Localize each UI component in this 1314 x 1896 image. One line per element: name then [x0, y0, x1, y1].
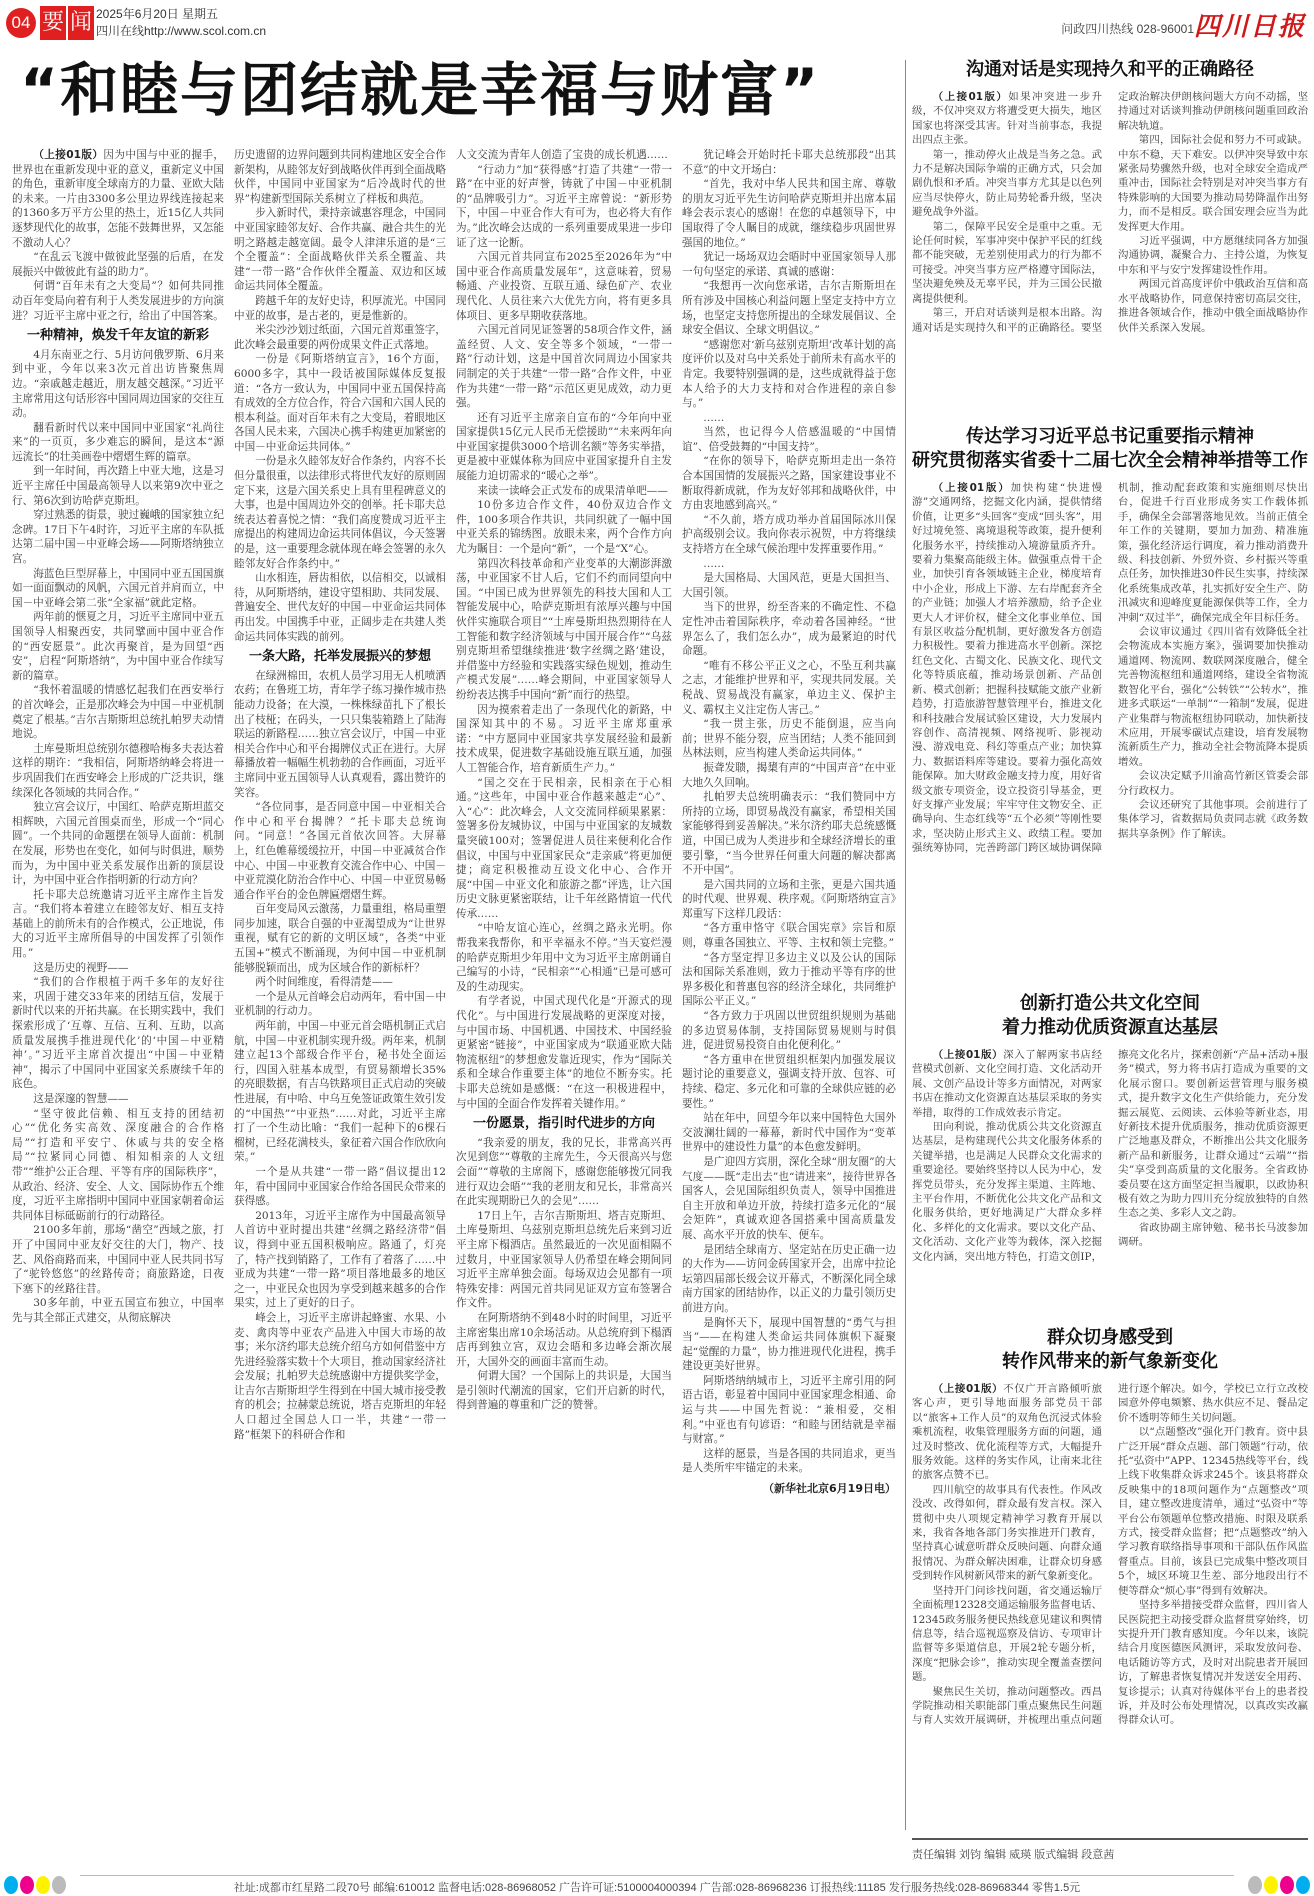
paragraph: “各方致力于巩固以世贸组织规则为基础的多边贸易体制，支持国际贸易规则与时俱进，促… — [682, 1009, 896, 1053]
article-title: 群众切身感受到 转作风带来的新气象新变化 — [912, 1326, 1308, 1374]
paragraph: “我亲爱的朋友，我的兄长，非常高兴再次见到您”“尊敬的主席先生，今天很高兴与您会… — [456, 1136, 672, 1209]
paragraph: 是大国格局、大国风范，更是大国担当、大国引领。 — [682, 571, 896, 600]
title-line: 着力推动优质资源直达基层 — [912, 1016, 1308, 1040]
paragraph: 站在年中，回望今年以来中国特色大国外交波澜壮阔的一幕幕，新时代中国作为“变革世界… — [682, 1111, 896, 1155]
paragraph: 阿斯塔纳纳城市上，习近平主席引用的阿语古语，彰显着中国同中亚国家理念相通、命运与… — [682, 1374, 896, 1447]
paragraph: “不久前，塔方成功举办首届国际冰川保护高级别会议。我向你表示祝贺，中方将继续支持… — [682, 513, 896, 557]
paragraph: 坚持多举措接受群众监督，四川省人民医院把主动接受群众监督贯穿始终，切实提升开门教… — [1118, 1598, 1308, 1728]
section-char: 要 — [40, 6, 66, 40]
paragraph: 两年前，中国－中亚元首会晤机制正式启航，中国－中亚机制实现升级。两年来，机制建立… — [234, 1019, 446, 1165]
issue-date: 2025年6月20日 星期五 — [96, 6, 266, 23]
paragraph: 坚持开门问诊找问题，省交通运输厅全面梳理12328交通运输服务监督电话、1234… — [912, 1584, 1102, 1685]
paragraph: “我们的合作根植于两千多年的友好往来，巩固于建交33年来的团结互信，发展于新时代… — [12, 975, 224, 1092]
paragraph: 到一年时间，再次踏上中亚大地，这是习近平主席任中国最高领导人以来第9次中亚之行、… — [12, 464, 224, 508]
paragraph: 海蓝色巨型屏幕上，中国同中亚五国国旗如一面面飘动的风帆，六国元首并肩而立，中国－… — [12, 567, 224, 611]
paragraph: 是胸怀天下，展现中国智慧的“勇气与担当”——在构建人类命运共同体旗帜下凝聚起“觉… — [682, 1316, 896, 1374]
paragraph: 翻看新时代以来中国同中亚国家“礼尚往来”的一页页，多少难忘的瞬间，是这本“源远流… — [12, 421, 224, 465]
title-line: 传达学习习近平总书记重要指示精神 — [912, 425, 1308, 449]
cyan-dot-icon — [1296, 1876, 1310, 1894]
paragraph: “各方坚定捍卫多边主义以及公认的国际法和国际关系准则，致力于推动平等有序的世界多… — [682, 951, 896, 1009]
side-article-style-change: 群众切身感受到 转作风带来的新气象新变化 （上接01版）不仅广开言路倾听旅客心声… — [912, 1326, 1308, 1831]
paragraph: 在绿洲棉田，农机人员学习用无人机喷洒农药；在鲁班工坊，青年学子练习操作城市热能动… — [234, 669, 446, 800]
subheading: 一条大路，托举发展振兴的梦想 — [234, 650, 446, 665]
magenta-dot-icon — [1280, 1876, 1294, 1894]
yellow-dot-icon — [1264, 1876, 1278, 1894]
paragraph: “在乱云飞渡中做彼此坚强的后盾，在发展振兴中做彼此有益的助力”。 — [12, 250, 224, 279]
paragraph: 当然，也记得今人倍感温暖的“中国情谊”、倍受鼓舞的“中国支持”。 — [682, 425, 896, 454]
paragraph: 是六国共同的立场和主张，更是六国共通的时代观、世界观、秩序观。《阿斯塔纳宣言》郑… — [682, 878, 896, 922]
paragraph: 第二，保障平民安全是重中之重。无论任何时候，军事冲突中保护平民的红线都不能突破，… — [912, 220, 1102, 306]
paragraph: 是广迎四方宾朋，深化全球“朋友圈”的大气度——既“走出去”也“请进来”，接待世界… — [682, 1155, 896, 1243]
paragraph: 峰会上，习近平主席讲起蜂蜜、水果、小麦、禽肉等中亚农产品进入中国大市场的故事；米… — [234, 1311, 446, 1442]
side-article-dialogue: 沟通对话是实现持久和平的正确路径 （上接01版）如果冲突进一步升级，不仅冲突双方… — [912, 58, 1308, 398]
paragraph: 会议审议通过《四川省有效降低全社会物流成本实施方案》，强调要加快推动通道网、物流… — [1118, 625, 1308, 769]
paragraph: 17日上午，吉尔吉斯斯坦、塔吉克斯坦、土库曼斯坦、乌兹别克斯坦总统先后来到习近平… — [456, 1209, 672, 1311]
paragraph: 两年前的惬夏之月，习近平主席同中亚五国领导人相聚西安，共同擘画中国中亚合作的“西… — [12, 610, 224, 683]
paragraph: 这是深邃的智慧—— — [12, 1092, 224, 1107]
lead-tag: （上接01版） — [933, 1383, 1003, 1395]
section-tag: 要 闻 — [40, 6, 94, 40]
paragraph: 步入新时代，秉持亲诚惠容理念，中国同中亚国家睦邻友好、合作共赢、融合共生的光明之… — [234, 206, 446, 294]
article-body: （上接01版）深入了解两家书店经营模式创新、文化空间打造、文化活动开展、文创产品… — [912, 1048, 1308, 1306]
footer: 社址:成都市红星路二段70号 邮编:610012 监督电话:028-869680… — [0, 1874, 1314, 1896]
paragraph: …… — [682, 557, 896, 572]
paragraph: “坚守彼此信赖、相互支持的团结初心”“优化务实高效、深度融合的合作格局”“打造和… — [12, 1107, 224, 1224]
paragraph: 2100多年前，那场“凿空”西域之旅，打开了中国同中亚友好交往的大门，物产、技艺… — [12, 1223, 224, 1296]
paragraph: 习近平强调，中方愿继续同各方加强沟通协调，凝聚合力、主持公道，为恢复中东和平与安… — [1118, 234, 1308, 277]
article-body: （上接01版）不仅广开言路倾听旅客心声，更引导地面服务部党员干部以“旅客+工作人… — [912, 1382, 1308, 1824]
paragraph: 10份多边合作文件，40份双边合作文件，100多项合作共识，共同织就了一幅中国中… — [456, 498, 672, 556]
paragraph: 米尖沙沙划过纸面，六国元首郑重签字，此次峰会最重要的两份成果文件正式落地。 — [234, 323, 446, 352]
masthead: 04 要 闻 2025年6月20日 星期五 四川在线http://www.sco… — [0, 0, 1314, 48]
paragraph: 托卡耶夫总统邀请习近平主席作主旨发言。“我们将本着建立在睦邻友好、相互支持基础上… — [12, 888, 224, 961]
paragraph: 犹记一场场双边会晤时中亚国家领导人那一句句坚定的承诺、真诚的感谢： — [682, 250, 896, 279]
side-article-public-culture: 创新打造公共文化空间 着力推动优质资源直达基层 （上接01版）深入了解两家书店经… — [912, 992, 1308, 1312]
paragraph: 两个时间维度，看得清楚—— — [234, 975, 446, 990]
side-article-provincial-meeting: 传达学习习近平总书记重要指示精神 研究贯彻落实省委十二届七次全会精神举措等工作 … — [912, 425, 1308, 985]
article-column-3: 人文交流为青年人创造了宝贵的成长机遇…… “行动力”加“获得感”打造了共建“一带… — [456, 148, 672, 1838]
title-line: 创新打造公共文化空间 — [912, 992, 1308, 1016]
page-number: 04 — [6, 8, 36, 38]
paragraph: 2013年，习近平主席作为中国最高领导人首访中亚时提出共建“丝绸之路经济带”倡议… — [234, 1209, 446, 1311]
paragraph: 第四次科技革命和产业变革的大潮澎湃激荡，中亚国家不甘人后，它们不约而同望向中国。… — [456, 557, 672, 703]
paragraph: 30多年前，中亚五国宣布独立，中国率先与其全部正式建交，从彻底解决 — [12, 1296, 224, 1325]
paragraph: 人文交流为青年人创造了宝贵的成长机遇…… — [456, 148, 672, 163]
title-line: 群众切身感受到 — [912, 1326, 1308, 1350]
paragraph: “唯有不移公平正义之心，不坠互利共赢之志，才能维护世界和平，实现共同发展。关税战… — [682, 659, 896, 717]
paragraph: 还有习近平主席亲自宣布的“今年向中亚国家提供15亿元人民币无偿援助”“未来两年向… — [456, 411, 672, 484]
paragraph: “中哈友谊心连心，丝绸之路永光明。你帮我来我帮你，和平幸福永不停。”当天宴烂漫的… — [456, 921, 672, 994]
main-headline: “和睦与团结就是幸福与财富” — [20, 50, 890, 130]
paragraph: 穿过熟悉的街景，驶过巍峨的国家独立纪念碑。17日下午4时许，习近平主席的车队抵达… — [12, 508, 224, 566]
lead-tag: （上接01版） — [933, 482, 1011, 494]
article-body: （上接01版）如果冲突进一步升级，不仅冲突双方将遭受更大损失，地区国家也将深受其… — [912, 90, 1308, 390]
date-block: 2025年6月20日 星期五 四川在线http://www.scol.com.c… — [96, 6, 266, 40]
article-column-2: 历史遗留的边界问题到共同构建地区安全合作新架构，从睦邻友好到战略伙伴再到全面战略… — [234, 148, 446, 1838]
paragraph: 何谓大国？一个国际上的共识是，大国当是引领时代潮流的国家，它们开启新的时代，得到… — [456, 1369, 672, 1413]
paragraph: 第一，推动停火止战是当务之急。武力不是解决国际争端的正确方式，只会加剧仇恨和矛盾… — [912, 148, 1102, 220]
paragraph: “各方重申在世贸组织框架内加强发展议题讨论的重要意义，强调支持开放、包容、可持续… — [682, 1053, 896, 1111]
article-column-1: （上接01版）因为中国与中亚的握手，世界也在重新发现中亚的意义，重新定义中国的角… — [12, 148, 224, 1838]
subheading: 一种精神，焕发千年友谊的新彩 — [12, 329, 224, 344]
paragraph: 一个是从共建“一带一路”倡议提出12年，看中国同中亚国家合作给各国民众带来的获得… — [234, 1165, 446, 1209]
paragraph: “在你的领导下，哈萨克斯坦走出一条符合本国国情的发展振兴之路，国家建设事业不断取… — [682, 454, 896, 512]
hotline: 问政四川热线 028-96001 — [1061, 20, 1194, 37]
paragraph: 扎帕罗夫总统明确表示：“我们赞同中方所持的立场，即贸易战没有赢家，希望相关国家能… — [682, 790, 896, 878]
paragraph: 四川航空的故事具有代表性。作风改没改、改得如何，群众最有发言权。深入贯彻中央八项… — [912, 1483, 1102, 1584]
title-line: 转作风带来的新气象新变化 — [912, 1350, 1308, 1374]
paragraph: 振聋发聩，揭橥有声的“中国声音”在中亚大地久久回响。 — [682, 761, 896, 790]
newspaper-logo: 四川日报 — [1194, 6, 1306, 43]
paragraph: 跨越千年的友好史诗，积厚流光。中国同中亚的故事，是古老的，更是惟新的。 — [234, 294, 446, 323]
paragraph: 一份是永久睦邻友好合作条约，内容不长但分量很重，以法律形式将世代友好的原则固定下… — [234, 454, 446, 571]
website-link[interactable]: 四川在线http://www.scol.com.cn — [96, 23, 266, 40]
paragraph: “我想再一次向您承诺，吉尔吉斯斯坦在所有涉及中国核心利益问题上坚定支持中方立场，… — [682, 279, 896, 337]
paragraph: 这是历史的视野—— — [12, 961, 224, 976]
title-line: 研究贯彻落实省委十二届七次全会精神举措等工作 — [912, 449, 1308, 473]
paragraph: 因为中国与中亚的握手，世界也在重新发现中亚的意义，重新定义中国的角色，重新审度全… — [12, 149, 224, 249]
paragraph: 以“点题整改”强化开门教育。资中县广泛开展“群众点题、部门领题”行动，依托“弘资… — [1118, 1425, 1308, 1598]
paragraph: 六国元首同见证签署的58项合作文件，涵盖经贸、人文、安全等多个领域，“一带一路”… — [456, 323, 672, 411]
paragraph: “我一贯主张，历史不能倒退，应当向前；世界不能分裂，应当团结；人类不能回到丛林法… — [682, 717, 896, 761]
article-body: （上接01版）加快构建“快进慢游”交通网络，挖掘文化内涵，提供情绪价值，让更多“… — [912, 481, 1308, 971]
paragraph: “感谢您对‘新乌兹别克斯坦’改革计划的高度评价以及对乌中关系处于前所未有高水平的… — [682, 338, 896, 411]
paragraph: 在阿斯塔纳不到48小时的时间里，习近平主席密集出席10余场活动。从总统府到下榻酒… — [456, 1311, 672, 1369]
paragraph: 六国元首共同宣布2025至2026年为“中国中亚合作高质量发展年”，这意味着，贸… — [456, 250, 672, 323]
paragraph: 4月东南亚之行、5月访问俄罗斯、6月来到中亚，今年以来3次元首出访皆聚焦周边。“… — [12, 348, 224, 421]
paragraph: 当下的世界，纷至沓来的不确定性、不稳定性冲击着国际秩序，牵动着各国神经。“世界怎… — [682, 600, 896, 658]
paragraph: 山水相连，唇齿相依，以信相交，以诚相待，从阿斯塔纳，建设守望相助、共同发展、普遍… — [234, 571, 446, 644]
paragraph: 两国元首高度评价中俄政治互信和高水平战略协作，同意保持密切高层交往，推进各领域合… — [1118, 277, 1308, 335]
footer-rule — [80, 1875, 1234, 1876]
paragraph: 省政协副主席钟勉、秘书长马波参加调研。 — [1118, 1221, 1308, 1250]
paragraph: 犹记峰会开始时托卡耶夫总统那段“出其不意”的中文开场白： — [682, 148, 896, 177]
section-char: 闻 — [68, 6, 94, 40]
paragraph: 百年变局风云激荡，力量重组，格局重塑同步加速，联合自强的中亚渴望成为“让世界重视… — [234, 902, 446, 975]
paragraph: “各方重申恪守《联合国宪章》宗旨和原则，尊重各国独立、平等、主权和领土完整。” — [682, 921, 896, 950]
paragraph: …… — [682, 411, 896, 426]
paragraph: “我怀着温暖的情感忆起我们在西安举行的首次峰会，正是那次峰会为中国－中亚机制奠定… — [12, 683, 224, 741]
column-divider — [905, 60, 906, 1830]
paragraph: 这样的愿景，当是各国的共同追求，更当是人类所牢牢锚定的未来。 — [682, 1447, 896, 1476]
paragraph: 来读一读峰会正式发布的成果清单吧—— — [456, 484, 672, 499]
subheading: 一份愿景，指引时代进步的方向 — [456, 1117, 672, 1132]
paragraph: “各位同事，是否同意中国－中亚相关合作中心和平台揭牌？”托卡耶夫总统询问。“同意… — [234, 800, 446, 902]
gray-dot-icon — [1248, 1876, 1262, 1894]
paragraph: 是团结全球南方、坚定站在历史正确一边的大作为——访问金砖国家开会，出席中拉论坛第… — [682, 1243, 896, 1316]
color-registration-marks-right — [1248, 1876, 1310, 1894]
article-column-4: 犹记峰会开始时托卡耶夫总统那段“出其不意”的中文开场白： “首先，我对中华人民共… — [682, 148, 896, 1848]
paragraph: 独立宫会议厅，中国红、哈萨克斯坦蓝交相辉映，六国元首围桌而坐，形成一个“同心圆”… — [12, 800, 224, 888]
paragraph: “国之交在于民相亲，民相亲在于心相通。”这些年，中国中亚合作越来越走“心”、入“… — [456, 776, 672, 922]
lead-tag: （上接01版） — [33, 149, 103, 161]
paragraph: 会议还研究了其他事项。会前进行了集体学习，省数据局负责同志就《政务数据共享条例》… — [1118, 798, 1308, 841]
lead-tag: （上接01版） — [933, 1049, 1003, 1061]
paragraph: 会议决定赋予川渝高竹新区管委会部分行政权力。 — [1118, 769, 1308, 798]
paragraph: “行动力”加“获得感”打造了共建“一带一路”在中亚的好声誉，铸就了中国－中亚机制… — [456, 163, 672, 251]
paragraph: 一份是《阿斯塔纳宣言》，16个方面，6000多字，其中一段话被国际媒体反复报道：… — [234, 352, 446, 454]
paragraph: 土库曼斯坦总统别尔德穆哈梅多夫表达着这样的期许：“我相信，阿斯塔纳峰会将进一步巩… — [12, 742, 224, 800]
paragraph: 第四，国际社会促和努力不可或缺。中东不稳，天下难安。以伊冲突导致中东紧张局势骤然… — [1118, 133, 1308, 234]
dateline: （新华社北京6月19日电） — [682, 1482, 896, 1497]
paragraph: 因为摸索着走出了一条现代化的新路，中国深知其中的不易。习近平主席郑重承诺：“中方… — [456, 703, 672, 776]
lead-tag: （上接01版） — [933, 91, 1008, 103]
publisher-info: 社址:成都市红星路二段70号 邮编:610012 监督电话:028-869680… — [0, 1879, 1314, 1895]
paragraph: “首先，我对中华人民共和国主席、尊敬的朋友习近平先生访问哈萨克斯坦并出席本届峰会… — [682, 177, 896, 250]
editor-credits: 责任编辑 刘钧 编辑 威瑛 版式编辑 段意茜 — [912, 1838, 1308, 1862]
paragraph: 一个是从元首峰会启动两年，看中国－中亚机制的行动力。 — [234, 990, 446, 1019]
paragraph: 不仅广开言路倾听旅客心声，更引导地面服务部党员干部以“旅客+工作人员”的双角色沉… — [912, 1383, 1102, 1481]
article-title: 创新打造公共文化空间 着力推动优质资源直达基层 — [912, 992, 1308, 1040]
paragraph: 有学者说，中国式现代化是“开源式的现代化”。与中国进行发展战略的更深度对接，与中… — [456, 994, 672, 1111]
paragraph: 何谓“百年未有之大变局”？如何共同推动百年变局向着有利于人类发展进步的方向演进？… — [12, 279, 224, 323]
article-title: 传达学习习近平总书记重要指示精神 研究贯彻落实省委十二届七次全会精神举措等工作 — [912, 425, 1308, 473]
paragraph: 历史遗留的边界问题到共同构建地区安全合作新架构，从睦邻友好到战略伙伴再到全面战略… — [234, 148, 446, 206]
article-title: 沟通对话是实现持久和平的正确路径 — [912, 58, 1308, 82]
